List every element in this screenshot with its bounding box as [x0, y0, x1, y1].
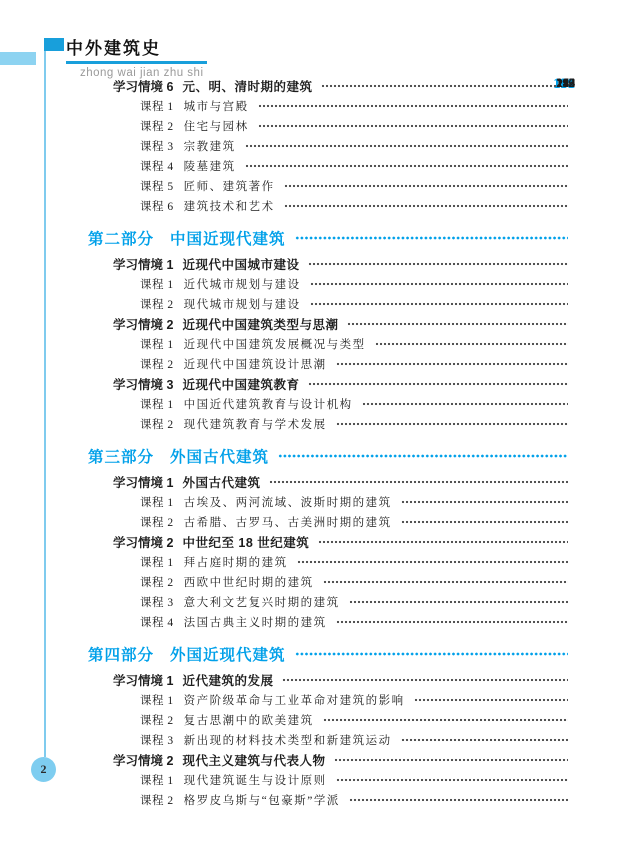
left-edge-bar [0, 52, 36, 65]
page: 中外建筑史 zhong wai jian zhu shi 学习情境 6元、明、清… [0, 0, 629, 850]
toc: 学习情境 6元、明、清时期的建筑102课程 1城市与宫殿103课程 2住宅与园林… [88, 76, 575, 810]
page-title: 中外建筑史 [66, 34, 207, 64]
header-accent-square [44, 38, 64, 51]
entry-page: 214 [88, 76, 575, 810]
vertical-rule [44, 51, 46, 757]
book-header: 中外建筑史 zhong wai jian zhu shi [66, 34, 207, 79]
page-number-badge: 2 [31, 757, 56, 782]
toc-course-row: 课程 2格罗皮乌斯与“包豪斯”学派214 [88, 790, 575, 810]
